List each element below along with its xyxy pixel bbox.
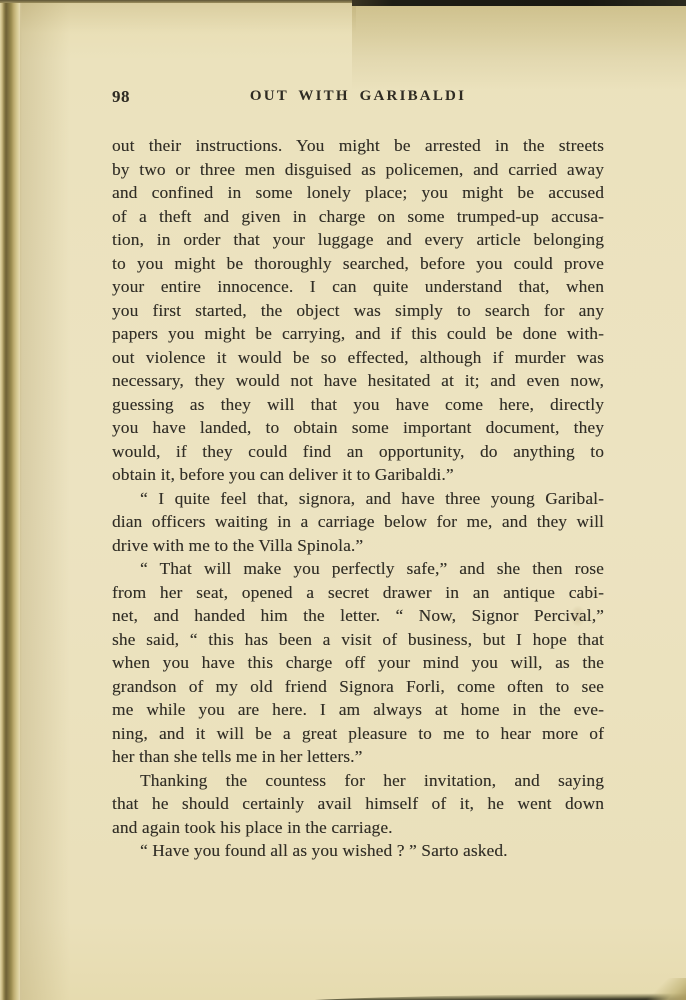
text-line: when you have this charge off your mind … [112, 651, 604, 675]
text-line: ning, and it will be a great pleasure to… [112, 722, 604, 746]
book-page-scan: 98 OUT WITH GARIBALDI out their instruct… [0, 0, 686, 1000]
text-line: tion, in order that your luggage and eve… [112, 228, 604, 252]
top-edge-right [352, 0, 686, 6]
text-line: necessary, they would not have hesitated… [112, 369, 604, 393]
text-line: “ I quite feel that, signora, and have t… [112, 487, 604, 511]
text-line: “ That will make you perfectly safe,” an… [112, 557, 604, 581]
text-line: guessing as they will that you have come… [112, 393, 604, 417]
text-line: your entire innocence. I can quite under… [112, 275, 604, 299]
text-block: out their instructions. You might be arr… [112, 134, 604, 863]
text-line: of a theft and given in charge on some t… [112, 205, 604, 229]
text-line: to you might be thoroughly searched, bef… [112, 252, 604, 276]
text-line: she said, “ this has been a visit of bus… [112, 628, 604, 652]
text-line: by two or three men disguised as policem… [112, 158, 604, 182]
text-line: drive with me to the Villa Spinola.” [112, 534, 604, 558]
binding-shadow [20, 0, 70, 1000]
text-line: grandson of my old friend Signora Forli,… [112, 675, 604, 699]
bottom-edge [290, 993, 686, 1000]
text-line: papers you might be carrying, and if thi… [112, 322, 604, 346]
running-title: OUT WITH GARIBALDI [112, 88, 604, 105]
text-line: you have landed, to obtain some importan… [112, 416, 604, 440]
bottom-corner-page-edges [646, 978, 686, 1000]
text-line: and confined in some lonely place; you m… [112, 181, 604, 205]
text-line: you first started, the object was simply… [112, 299, 604, 323]
running-header: 98 OUT WITH GARIBALDI [112, 87, 604, 109]
text-line: her than she tells me in her letters.” [112, 745, 604, 769]
text-line: would, if they could find an opportunity… [112, 440, 604, 464]
text-line: obtain it, before you can deliver it to … [112, 463, 604, 487]
text-line: from her seat, opened a secret drawer in… [112, 581, 604, 605]
text-line: dian officers waiting in a carriage belo… [112, 510, 604, 534]
top-edge-left [0, 0, 356, 3]
text-line: me while you are here. I am always at ho… [112, 698, 604, 722]
text-line: net, and handed him the letter. “ Now, S… [112, 604, 604, 628]
text-line: out violence it would be so effected, al… [112, 346, 604, 370]
top-right-shade [352, 6, 686, 91]
text-line: and again took his place in the carriage… [112, 816, 604, 840]
text-line: out their instructions. You might be arr… [112, 134, 604, 158]
text-line: “ Have you found all as you wished ? ” S… [112, 839, 604, 863]
book-binding-edge [0, 0, 22, 1000]
text-line: Thanking the countess for her invitation… [112, 769, 604, 793]
text-line: that he should certainly avail himself o… [112, 792, 604, 816]
